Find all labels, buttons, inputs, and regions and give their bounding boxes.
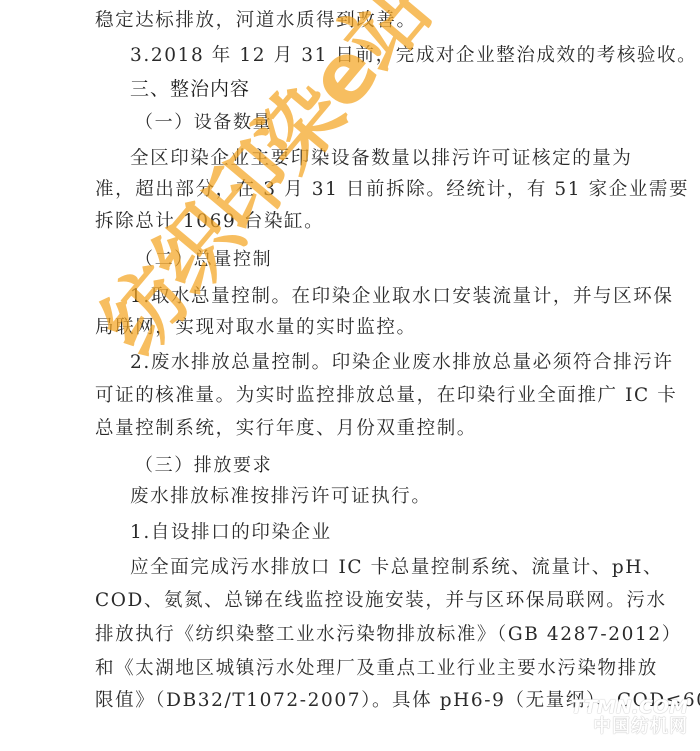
- text-line: 拆除总计 1069 台染缸。: [95, 209, 324, 235]
- text-line: COD、氨氮、总锑在线监控设施安装，并与区环保局联网。污水: [95, 588, 667, 614]
- section-heading: 三、整治内容: [130, 76, 250, 102]
- subsection-heading: （一）设备数量: [135, 110, 272, 136]
- text-line: 稳定达标排放，河道水质得到改善。: [95, 8, 417, 34]
- text-line: 3.2018 年 12 月 31 日前，完成对企业整治成效的考核验收。: [130, 43, 697, 69]
- text-line: 可证的核准量。为实时监控排放总量，在印染行业全面推广 IC 卡: [95, 383, 677, 409]
- text-line: 排放执行《纺织染整工业水污染物排放标准》（GB 4287-2012）: [95, 622, 682, 648]
- text-line: 1.取水总量控制。在印染企业取水口安装流量计，并与区环保: [130, 284, 673, 310]
- text-line: 2.废水排放总量控制。印染企业废水排放总量必须符合排污许: [130, 350, 673, 376]
- text-line: 和《太湖地区城镇污水处理厂及重点工业行业主要水污染物排放: [95, 656, 658, 682]
- document-page: 稳定达标排放，河道水质得到改善。 3.2018 年 12 月 31 日前，完成对…: [0, 0, 700, 751]
- text-line: 全区印染企业主要印染设备数量以排污许可证核定的量为: [130, 146, 633, 172]
- text-line: 局联网，实现对取水量的实时监控。: [95, 315, 417, 341]
- text-line: 准，超出部分，在 3 月 31 日前拆除。经统计，有 51 家企业需要: [95, 177, 689, 203]
- corner-watermark-zh: 中国纺机网: [571, 718, 688, 737]
- text-line: 1.自设排口的印染企业: [130, 520, 332, 546]
- corner-watermark-logo: TTMN.COM 中国纺机网: [571, 698, 688, 737]
- subsection-heading: （三）排放要求: [135, 453, 272, 479]
- subsection-heading: （二）总量控制: [135, 247, 272, 273]
- text-line: 废水排放标准按排污许可证执行。: [130, 484, 432, 510]
- text-line: 总量控制系统，实行年度、月份双重控制。: [95, 416, 477, 442]
- text-line: 应全面完成污水排放口 IC 卡总量控制系统、流量计、pH、: [130, 555, 663, 581]
